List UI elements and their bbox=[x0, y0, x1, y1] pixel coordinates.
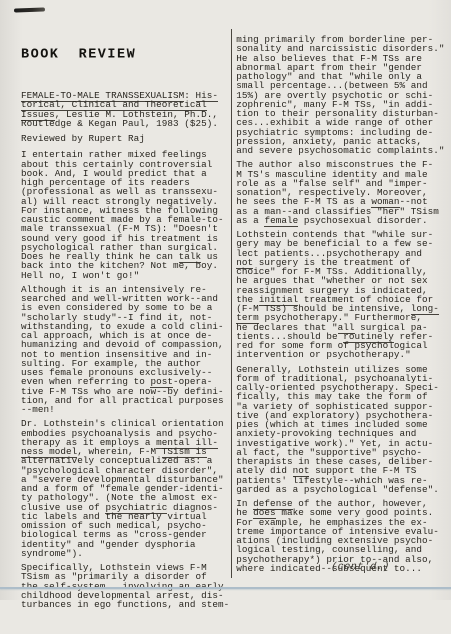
text-line: as a female psychosexual disorder. bbox=[236, 216, 449, 225]
paragraph: Generally, Lothstein utilizes someform o… bbox=[236, 365, 449, 495]
page-title: BOOK REVIEW bbox=[21, 48, 229, 63]
underlined-text: female bbox=[264, 215, 298, 227]
text-line: --men! bbox=[21, 405, 229, 414]
continued-note: (cont'd.) bbox=[330, 562, 390, 573]
text-line: syndrome"). bbox=[21, 549, 229, 558]
paragraph: Although it is an intensively re-searche… bbox=[21, 285, 229, 415]
text-line: Hell no, I won't go!" bbox=[21, 271, 229, 280]
paragraph: Specifically, Lothstein views F-MTSism a… bbox=[21, 563, 229, 600]
text-line: garded as a psychological "defense". bbox=[236, 485, 449, 494]
pen-mark bbox=[14, 7, 45, 12]
text-line: Reviewed by Rupert Raj bbox=[21, 134, 229, 143]
text-line: intervention or psychotherapy." bbox=[236, 350, 449, 359]
text-line: Routledge & Kegan Paul, 1983 ($25). bbox=[21, 119, 229, 128]
two-column-layout: BOOK REVIEW FEMALE-TO-MALE TRANSSEXUALIS… bbox=[21, 29, 449, 600]
byline: Reviewed by Rupert Raj bbox=[21, 134, 229, 143]
left-column: BOOK REVIEW FEMALE-TO-MALE TRANSSEXUALIS… bbox=[21, 29, 229, 600]
book-citation: FEMALE-TO-MALE TRANSSEXUALISM: His-toric… bbox=[21, 91, 229, 128]
paragraph: Lothstein contends that "while sur-gery … bbox=[236, 230, 449, 360]
paragraph: I entertain rather mixed feelingsabout t… bbox=[21, 150, 229, 280]
right-column: ming primarily from borderline per-sonal… bbox=[231, 29, 449, 578]
paragraph: Dr. Lothstein's clinical orientationembo… bbox=[21, 419, 229, 558]
bottom-divider bbox=[0, 587, 451, 589]
left-column-text: FEMALE-TO-MALE TRANSSEXUALISM: His-toric… bbox=[21, 91, 229, 600]
paragraph: The author also misconstrues the F-M TS'… bbox=[236, 160, 449, 225]
scanned-page: BOOK REVIEW FEMALE-TO-MALE TRANSSEXUALIS… bbox=[0, 0, 451, 600]
paragraph: ming primarily from borderline per-sonal… bbox=[236, 35, 449, 155]
text-line: and severe psychosomatic complaints." bbox=[236, 146, 449, 155]
